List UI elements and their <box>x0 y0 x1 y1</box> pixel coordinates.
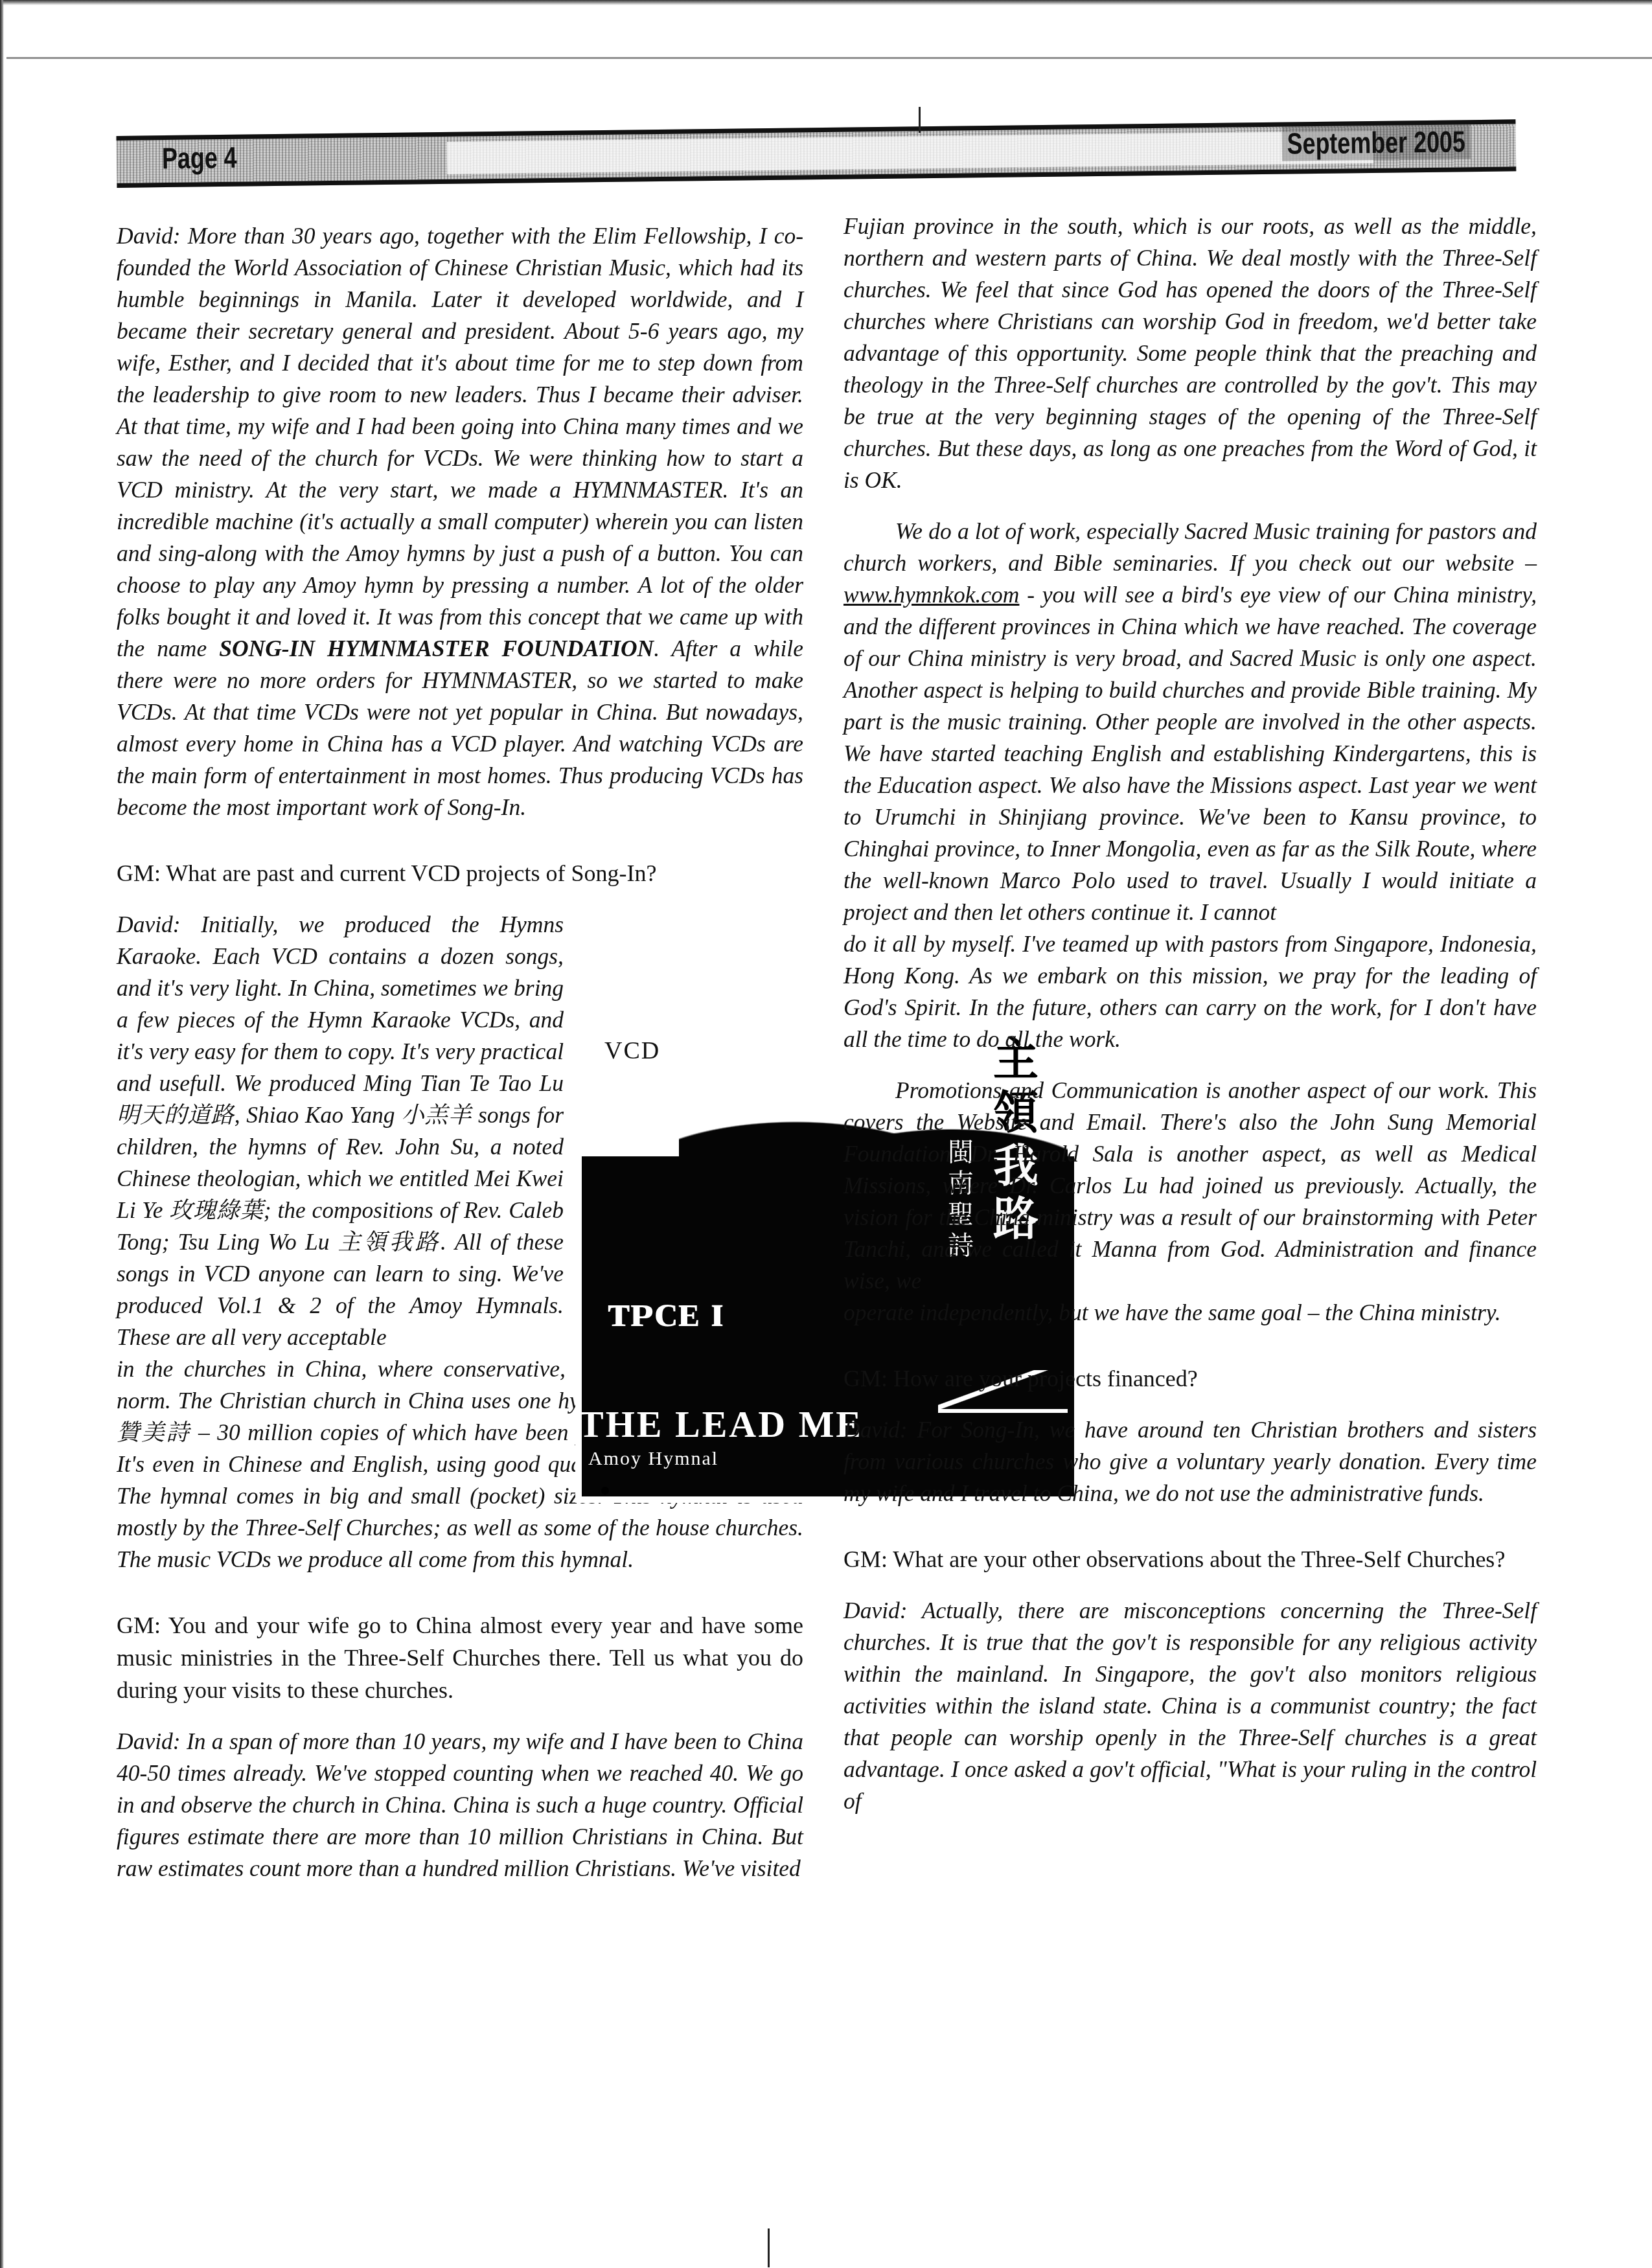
page-number: Page 4 <box>162 140 237 176</box>
answer-3-continued: Fujian province in the south, which is o… <box>843 211 1537 496</box>
cover-script-mark: ᴛᴘᴄᴇ ɪ <box>608 1286 724 1338</box>
question-3: GM: You and your wife go to China almost… <box>117 1609 803 1706</box>
work-paragraph: We do a lot of work, especially Sacred M… <box>843 516 1537 928</box>
vcd-label: VCD <box>604 1037 660 1065</box>
scan-artifact-rule <box>6 57 1652 59</box>
scan-top-edge <box>0 0 1652 5</box>
question-2: GM: What are past and current VCD projec… <box>117 857 803 889</box>
answer-2-wrapped: David: Initially, we produced the Hymns … <box>117 909 564 1353</box>
answer-3: David: In a span of more than 10 years, … <box>117 1726 803 1884</box>
bullet-dot <box>601 1487 609 1495</box>
question-5: GM: What are your other observations abo… <box>843 1543 1537 1575</box>
website-link[interactable]: www.hymnkok.com <box>843 582 1019 608</box>
scan-speck <box>768 2228 770 2267</box>
header-light-band <box>447 131 1373 174</box>
answer-5: David: Actually, there are misconception… <box>843 1595 1537 1817</box>
right-column: Fujian province in the south, which is o… <box>843 211 1537 1817</box>
work-paragraph-wrapped: do it all by myself. I've teamed up with… <box>843 928 1537 1055</box>
page-header: Page 4 September 2005 <box>117 119 1517 188</box>
promotions-paragraph-continued: operate independently, but we have the s… <box>843 1297 1537 1329</box>
cover-english-subtitle: Amoy Hymnal <box>588 1448 718 1470</box>
scan-speck <box>919 107 921 133</box>
scan-left-edge <box>0 0 4 2268</box>
cover-english-title: THE LEAD ME <box>579 1403 863 1446</box>
question-4: GM: How are your projects financed? <box>843 1362 1537 1395</box>
issue-date: September 2005 <box>1282 124 1471 161</box>
foundation-name: SONG-IN HYMNMASTER FOUNDATION <box>219 636 654 661</box>
promotions-paragraph-wrapped: Promotions and Communication is another … <box>843 1075 1537 1297</box>
answer-4: David: For Song-In, we have around ten C… <box>843 1414 1537 1509</box>
answer-paragraph-1: David: More than 30 years ago, together … <box>117 220 803 823</box>
